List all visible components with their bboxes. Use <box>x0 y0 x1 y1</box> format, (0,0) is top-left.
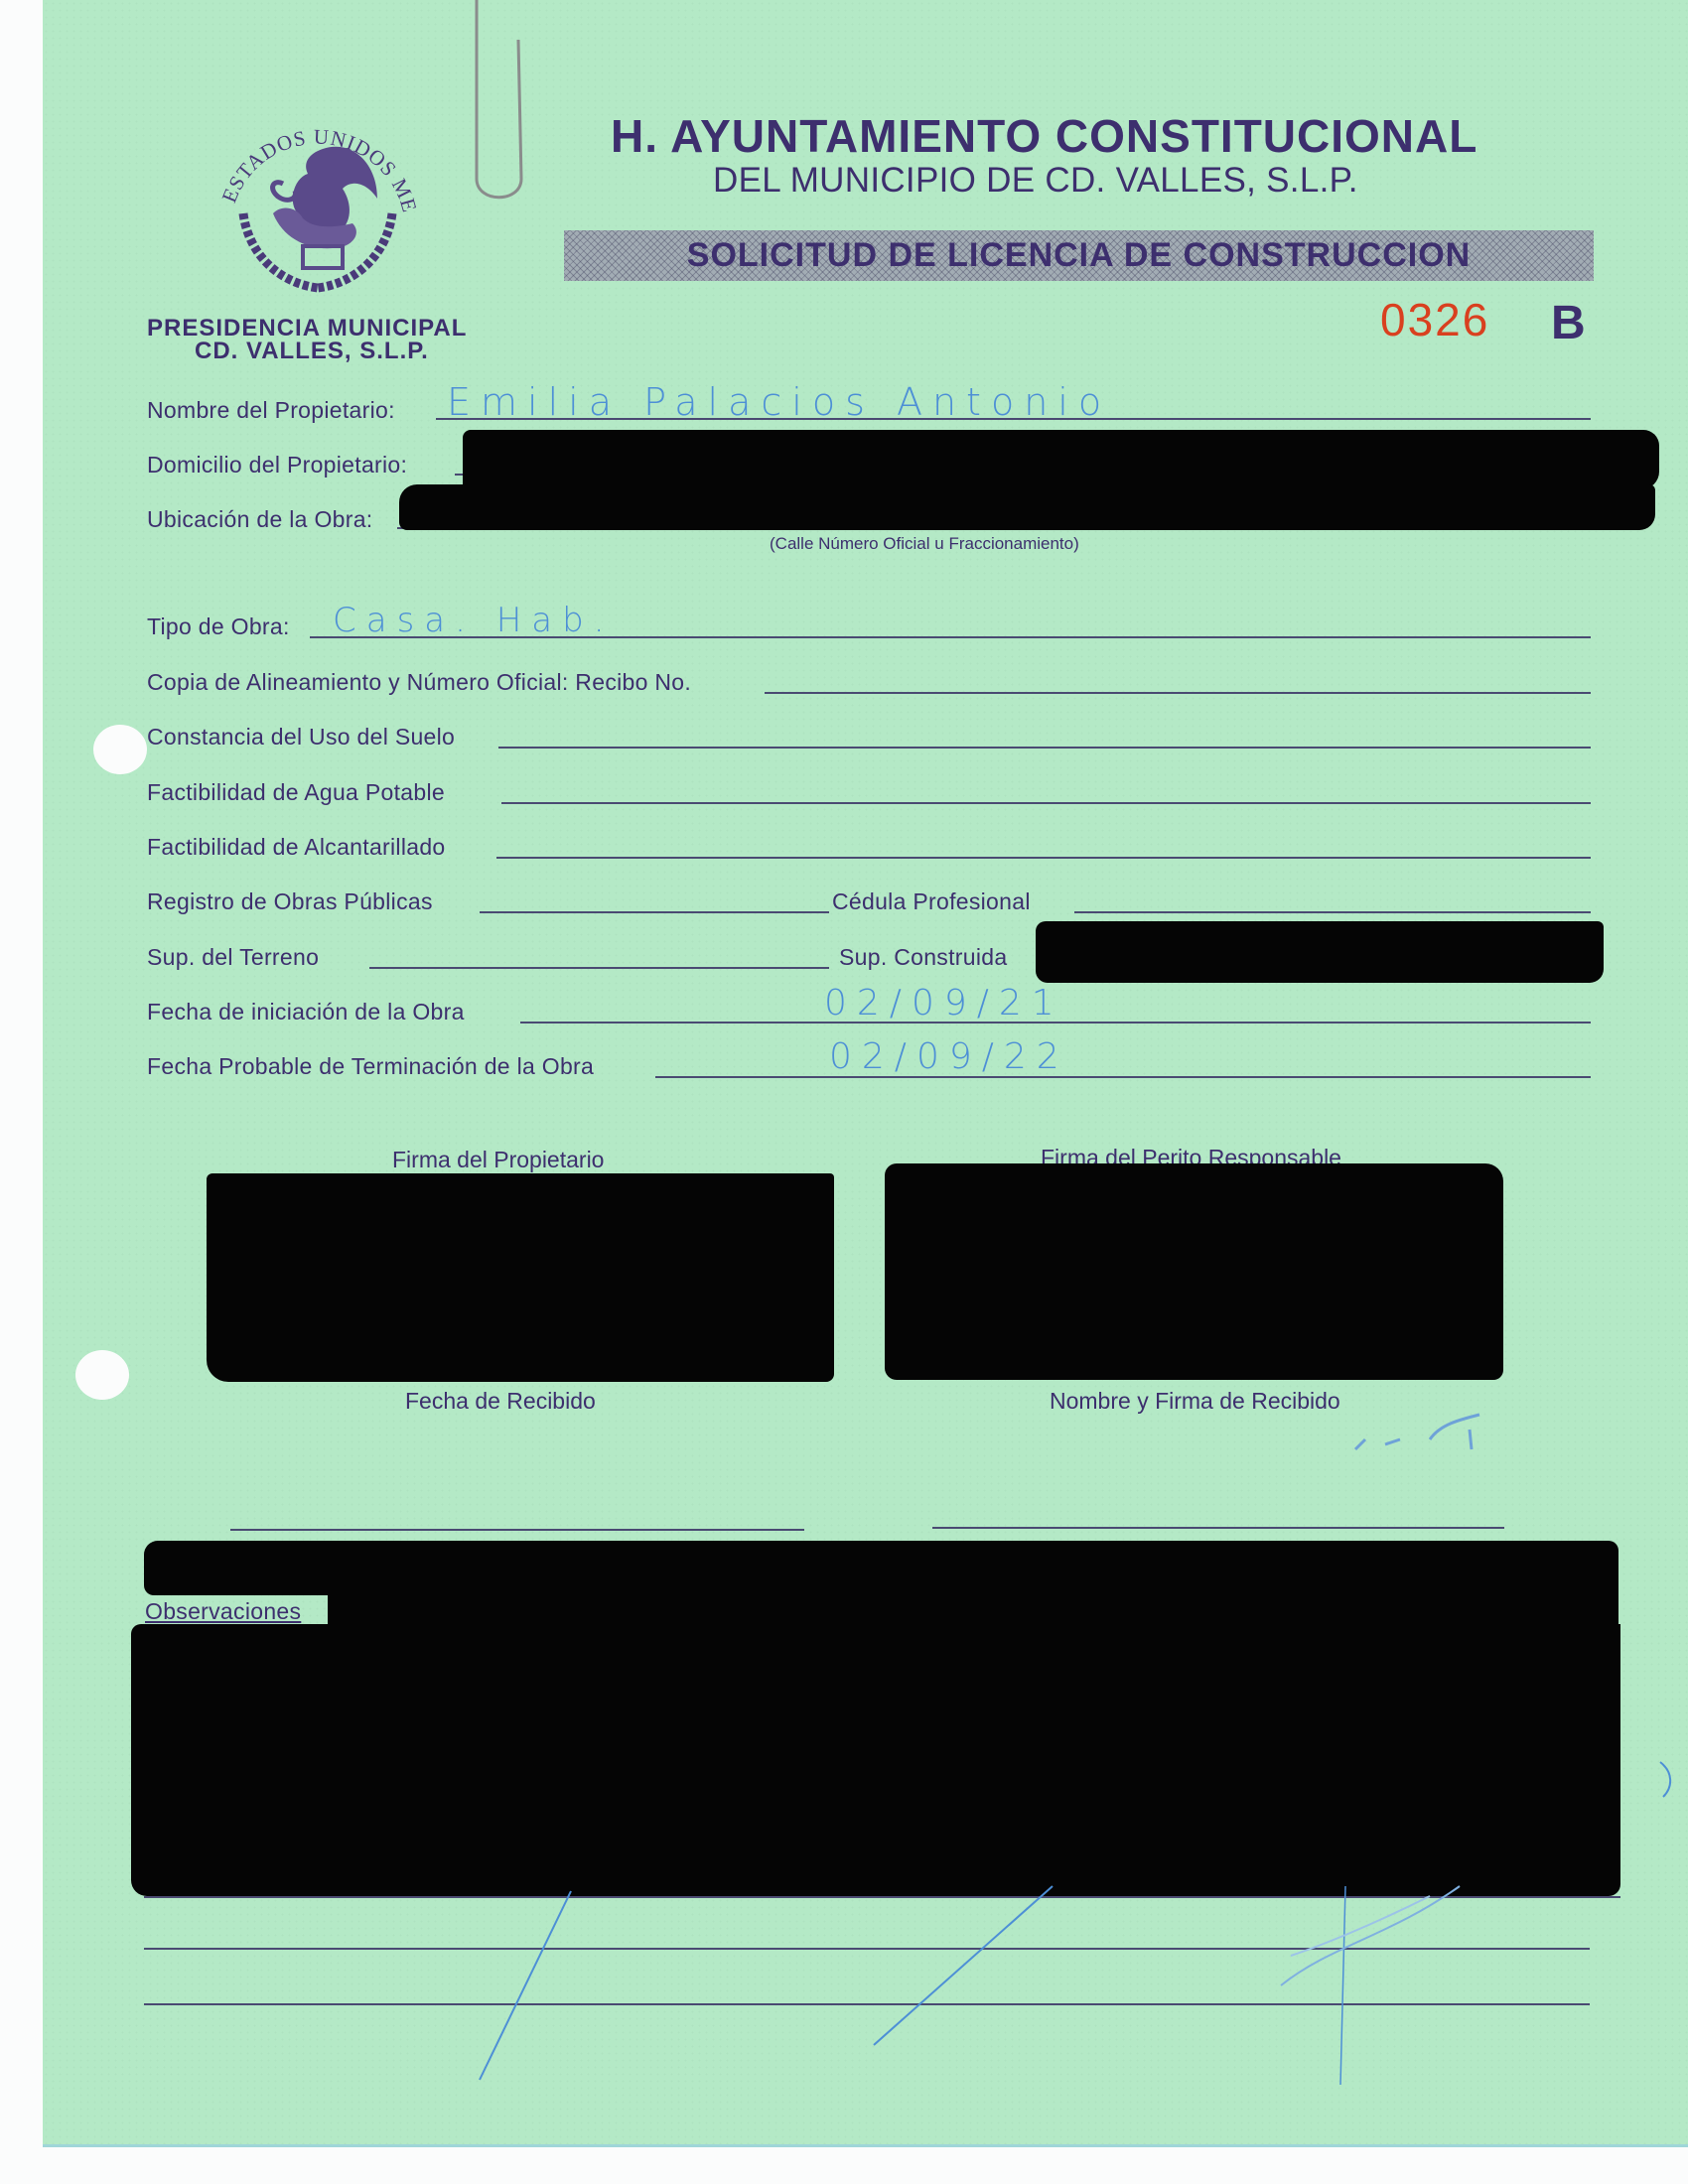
owner-address-redaction <box>463 430 1659 489</box>
received-date-line[interactable] <box>230 1529 804 1531</box>
national-emblem-icon: ESTADOS UNIDOS MEXICANOS <box>204 79 432 308</box>
land-use-line[interactable] <box>498 747 1591 749</box>
land-use-label: Constancia del Uso del Suelo <box>147 724 455 751</box>
owner-signature-label: Firma del Propietario <box>392 1147 604 1173</box>
received-date-label: Fecha de Recibido <box>405 1388 596 1415</box>
observations-line-3[interactable] <box>144 2003 1590 2005</box>
start-date-label: Fecha de iniciación de la Obra <box>147 999 465 1025</box>
end-date-line <box>655 1076 1591 1078</box>
expert-signature-redaction <box>885 1163 1503 1380</box>
punch-hole-bottom <box>75 1350 129 1400</box>
paper-clip-icon <box>467 0 536 213</box>
built-area-label: Sup. Construida <box>839 944 1007 971</box>
work-type-label: Tipo de Obra: <box>147 614 290 640</box>
work-type-value[interactable]: Casa. Hab. <box>333 601 615 640</box>
professional-id-label: Cédula Profesional <box>832 888 1031 915</box>
water-line[interactable] <box>501 802 1591 804</box>
owner-signature-redaction <box>207 1173 834 1382</box>
land-area-label: Sup. del Terreno <box>147 944 319 971</box>
punch-hole-top <box>93 725 147 774</box>
sewer-line[interactable] <box>496 857 1591 859</box>
start-date-value[interactable]: 02/09/21 <box>824 983 1064 1024</box>
owner-name-label: Nombre del Propietario: <box>147 397 395 424</box>
end-date-label: Fecha Probable de Terminación de la Obra <box>147 1053 594 1080</box>
land-area-line[interactable] <box>369 967 829 969</box>
alignment-receipt-label: Copia de Alineamiento y Número Oficial: … <box>147 669 691 696</box>
form-title: SOLICITUD DE LICENCIA DE CONSTRUCCION <box>687 236 1471 275</box>
received-by-line[interactable] <box>932 1527 1504 1529</box>
observations-redaction-top <box>144 1541 1618 1595</box>
observations-line-2[interactable] <box>144 1948 1590 1950</box>
issuer-line-2: CD. VALLES, S.L.P. <box>195 338 429 365</box>
sewer-label: Factibilidad de Alcantarillado <box>147 834 446 861</box>
built-area-redaction <box>1036 921 1604 983</box>
public-works-line[interactable] <box>480 911 829 913</box>
form-title-banner: SOLICITUD DE LICENCIA DE CONSTRUCCION <box>564 230 1594 281</box>
municipality-title: H. AYUNTAMIENTO CONSTITUCIONAL <box>611 109 1477 163</box>
observations-redaction-mid <box>328 1588 1618 1628</box>
professional-id-line[interactable] <box>1074 911 1591 913</box>
observations-line-1[interactable] <box>144 1896 1620 1898</box>
observations-redaction-body <box>131 1624 1620 1896</box>
folio-series: B <box>1551 296 1586 350</box>
observations-label: Observaciones <box>145 1598 301 1625</box>
received-by-label: Nombre y Firma de Recibido <box>1050 1388 1340 1415</box>
owner-name-value[interactable]: Emilia Palacios Antonio <box>447 380 1111 424</box>
folio-number: 0326 <box>1380 293 1489 346</box>
paper-edge <box>43 2144 1688 2147</box>
public-works-label: Registro de Obras Públicas <box>147 888 433 915</box>
work-location-label: Ubicación de la Obra: <box>147 506 372 533</box>
owner-address-label: Domicilio del Propietario: <box>147 452 407 478</box>
end-date-value[interactable]: 02/09/22 <box>829 1036 1069 1077</box>
work-location-caption: (Calle Número Oficial u Fraccionamiento) <box>770 534 1079 554</box>
municipality-subtitle: DEL MUNICIPIO DE CD. VALLES, S.L.P. <box>713 161 1358 201</box>
work-location-redaction <box>399 484 1655 530</box>
alignment-receipt-line[interactable] <box>765 692 1591 694</box>
water-label: Factibilidad de Agua Potable <box>147 779 445 806</box>
